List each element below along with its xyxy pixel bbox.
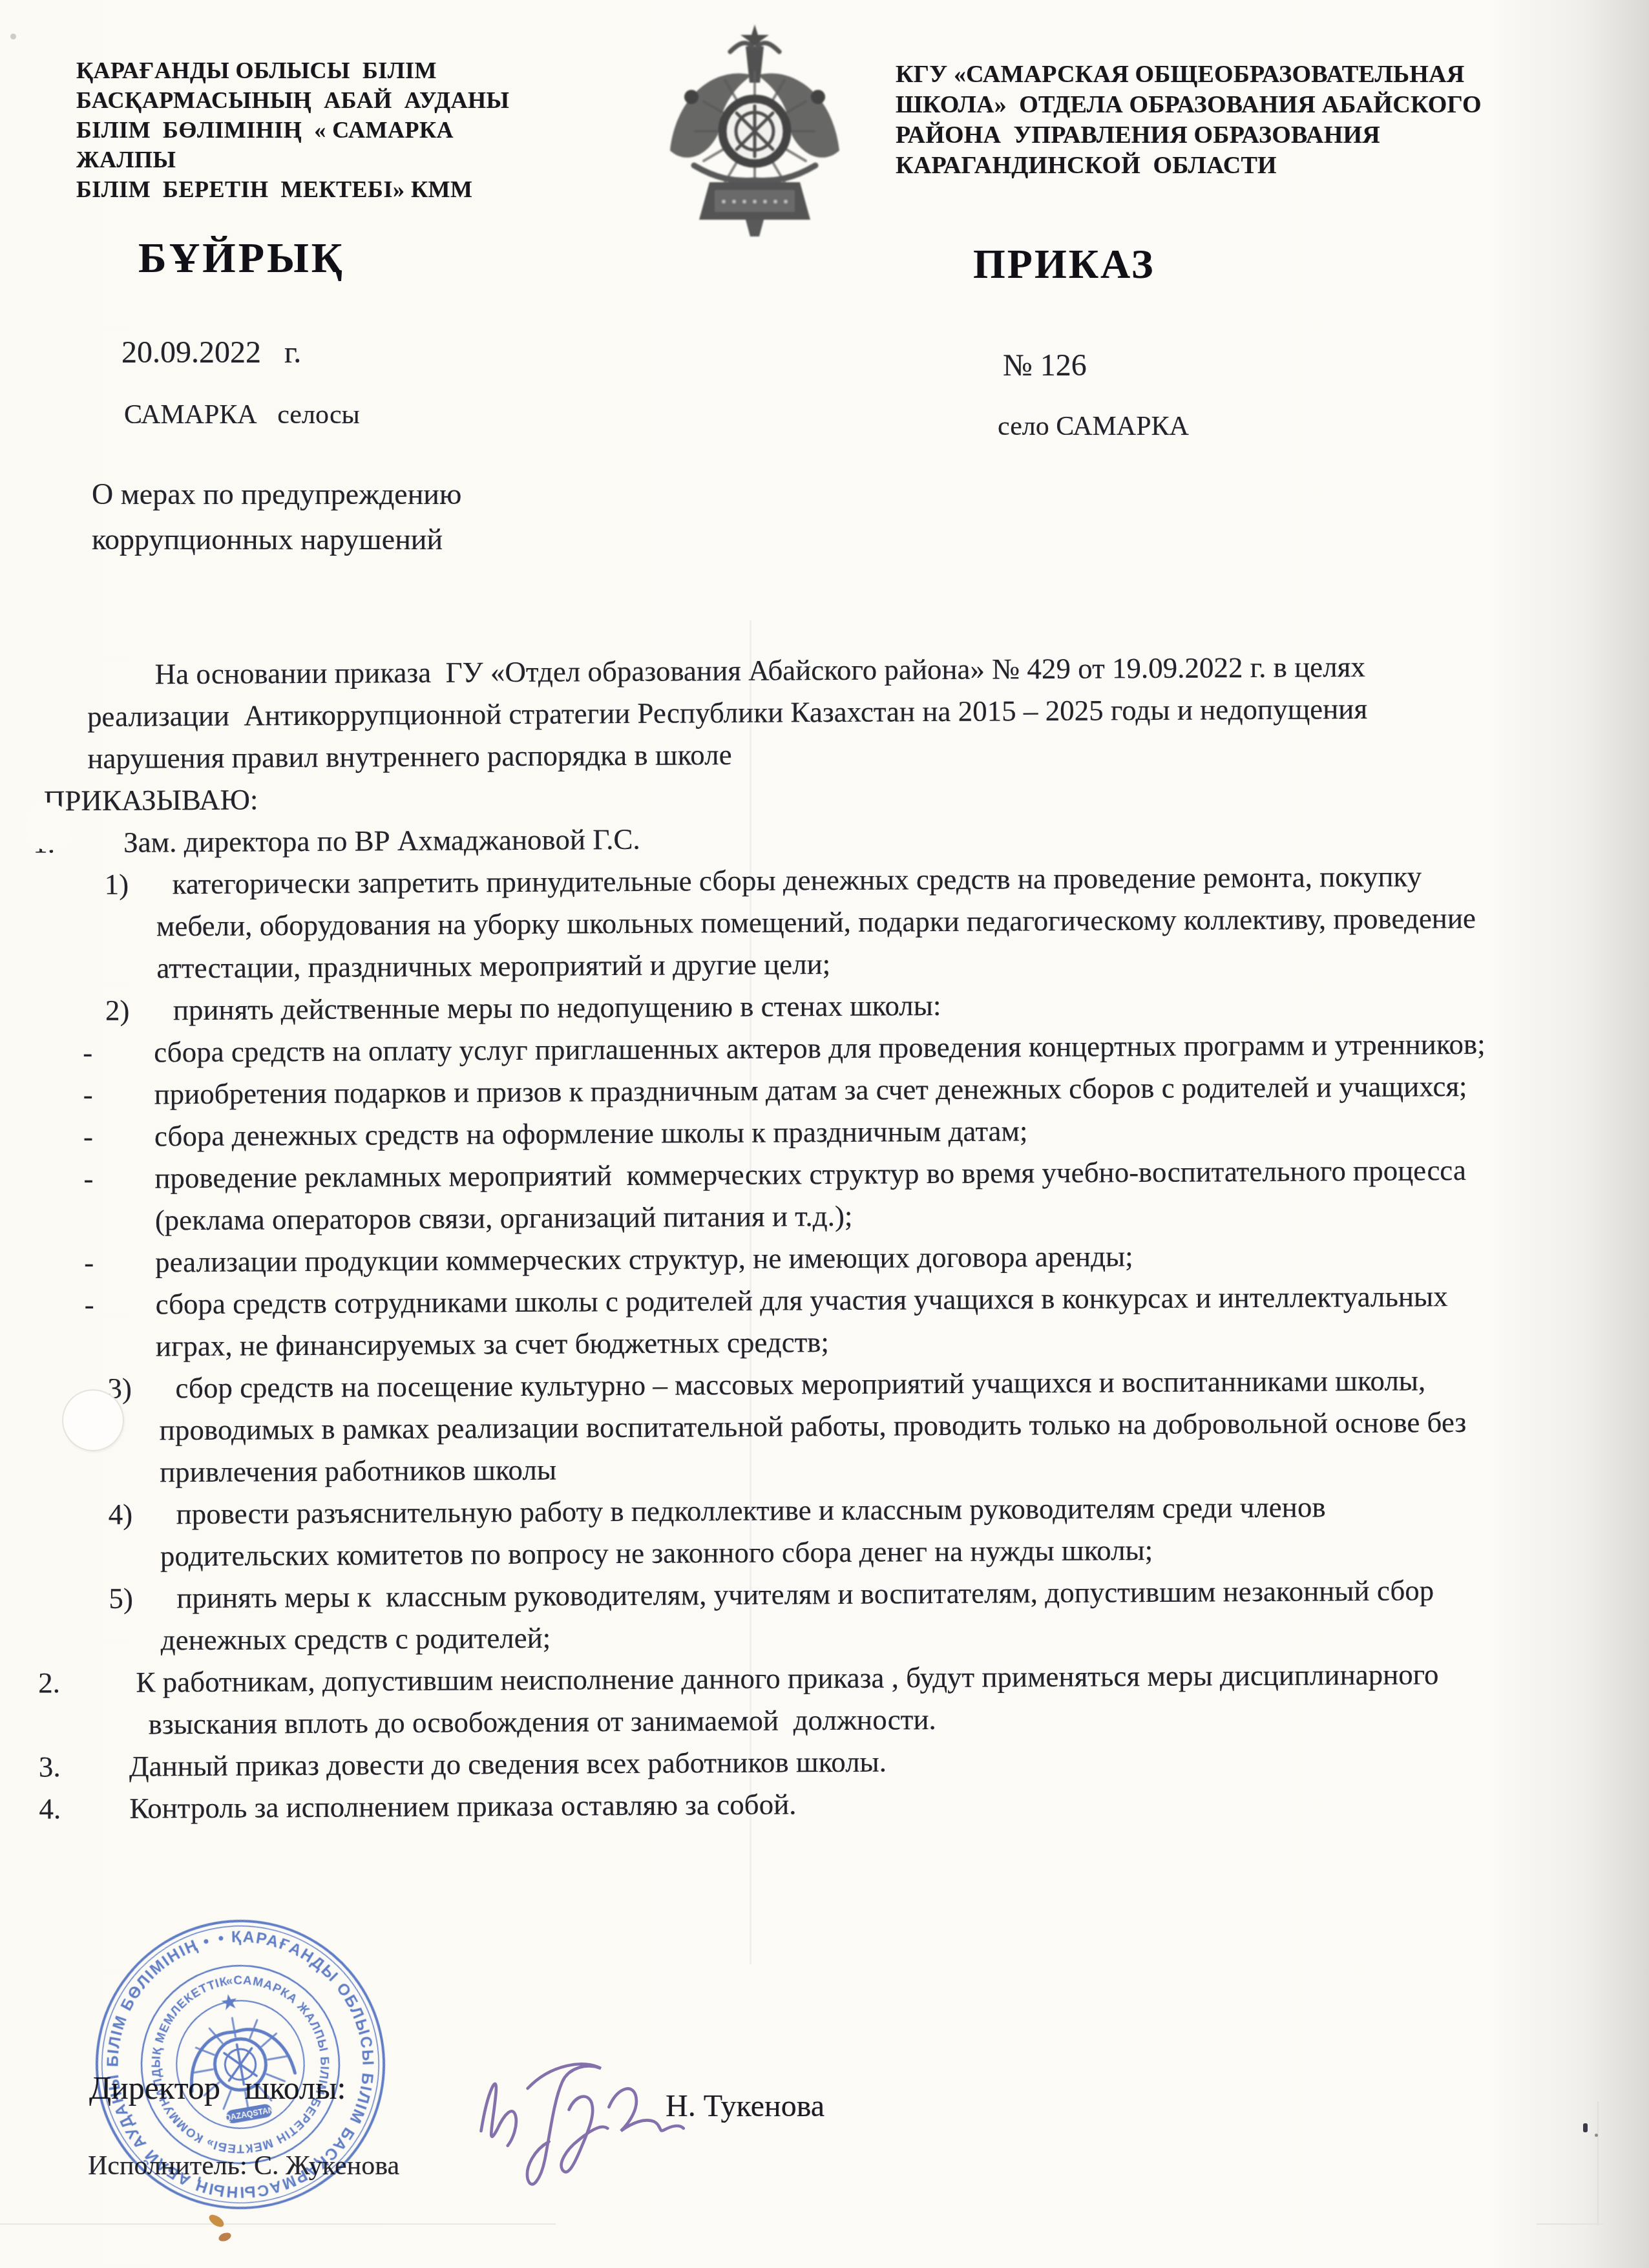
director-name: Н. Тукенова [666,2088,824,2124]
item-text: Зам. директора по ВР Ахмаджановой Г.С. [123,823,640,859]
order-item: -сбора средств сотрудниками школы с роди… [90,1276,1500,1368]
item-marker: 1. [88,822,123,864]
org-left-line: ҚАРАҒАНДЫ ОБЛЫСЫ БІЛІМ [76,56,541,85]
item-text: Контроль за исполнением приказа оставляю… [129,1788,796,1824]
org-right-line: РАЙОНА УПРАВЛЕНИЯ ОБРАЗОВАНИЯ [896,120,1497,151]
item-text: категорически запретить принудительные с… [156,860,1483,984]
item-text: сбора средств на оплату услуг приглашенн… [154,1028,1486,1069]
order-item: 5)принять меры к классным руководителям,… [92,1570,1502,1662]
item-text: принять меры к классным руководителям, у… [161,1574,1442,1656]
intro-paragraph: На основании приказа ГУ «Отдел образован… [87,646,1496,780]
org-right-line: КАРАГАНДИНСКОЙ ОБЛАСТИ [896,151,1497,181]
school-seal-stamp: • ҚАРАҒАНДЫ ОБЛЫСЫ БІЛІМ БАСҚАРМАСЫНЫҢ А… [70,1895,410,2234]
order-subject: О мерах по предупреждению коррупционных … [92,472,583,562]
title-kazakh: БҰЙРЫҚ [138,234,345,283]
order-item: 4.Контроль за исполнением приказа оставл… [94,1780,1502,1830]
item-marker: - [120,1283,155,1325]
kazakhstan-emblem-icon [654,18,856,244]
item-text: сбора средств сотрудниками школы с родит… [155,1280,1455,1362]
order-item: -проведение рекламных мероприятий коммер… [90,1150,1499,1242]
item-marker: 4. [94,1788,129,1830]
org-left-line: БІЛІМ БЕРЕТІН МЕКТЕБІ» КММ [76,174,541,204]
item-marker: - [119,1115,154,1157]
item-text: К работникам, допустившим неисполнение д… [129,1658,1446,1740]
order-item: 4)провести разъяснительную работу в педк… [92,1486,1501,1578]
paper-crease [750,620,751,1964]
item-marker: 5) [134,1577,176,1619]
order-body: На основании приказа ГУ «Отдел образован… [87,646,1502,1830]
order-item: 2. К работникам, допустившим неисполнени… [93,1654,1502,1746]
order-date: 20.09.2022 г. [121,335,301,370]
scanned-order-page: ҚАРАҒАНДЫ ОБЛЫСЫ БІЛІМ БАСҚАРМАСЫНЫҢ АБА… [0,0,1649,2268]
order-item: 3)сбор средств на посещение культурно – … [91,1360,1500,1494]
item-text: Данный приказ довести до сведения всех р… [129,1745,887,1782]
item-text: приобретения подарков и призов к праздни… [154,1070,1467,1110]
item-marker: 2. [93,1662,129,1704]
order-items: 1.Зам. директора по ВР Ахмаджановой Г.С.… [88,814,1502,1830]
item-marker: - [120,1241,155,1283]
item-text: сбор средств на посещение культурно – ма… [160,1364,1474,1488]
place-kazakh: САМАРКА селосы [124,399,360,430]
scan-white-blob [26,803,71,850]
org-left-line: БІЛІМ БӨЛІМІНІҢ « САМАРКА ЖАЛПЫ [76,115,541,174]
place-russian: село САМАРКА [998,411,1189,442]
item-text: сбора денежных средств на оформление шко… [154,1115,1028,1152]
director-signature [469,2030,689,2192]
item-text: реализации продукции коммерческих структ… [155,1240,1133,1278]
org-name-russian: КГУ «САМАРСКАЯ ОБЩЕОБРАЗОВАТЕЛЬНАЯ ШКОЛА… [896,59,1497,181]
item-text: принять действенные меры по недопущению … [173,989,941,1026]
item-marker: 1) [130,863,172,905]
org-left-line: БАСҚАРМАСЫНЫҢ АБАЙ АУДАНЫ [76,85,541,115]
punch-hole-mark [62,1389,124,1451]
scan-edge-line [1537,2223,1604,2225]
title-russian: ПРИКАЗ [973,240,1155,288]
scan-edge-line [1597,2101,1599,2225]
item-marker: 4) [134,1493,176,1535]
order-number: № 126 [1003,348,1087,383]
item-marker: - [118,1073,154,1115]
item-text: проведение рекламных мероприятий коммерч… [154,1154,1473,1236]
scan-edge-line [0,2223,556,2225]
item-text: провести разъяснительную работу в педкол… [160,1491,1333,1572]
item-marker: - [119,1157,154,1199]
ink-speck [10,34,16,39]
org-right-line: КГУ «САМАРСКАЯ ОБЩЕОБРАЗОВАТЕЛЬНАЯ [896,59,1497,90]
item-marker: 3) [133,1367,175,1409]
org-name-kazakh: ҚАРАҒАНДЫ ОБЛЫСЫ БІЛІМ БАСҚАРМАСЫНЫҢ АБА… [76,56,541,204]
org-right-line: ШКОЛА» ОТДЕЛА ОБРАЗОВАНИЯ АБАЙСКОГО [896,90,1497,120]
item-marker: - [118,1031,154,1073]
ink-speck [1595,2134,1598,2137]
item-marker: 3. [94,1746,129,1788]
stain-speck [218,2231,233,2243]
item-marker: 2) [131,989,173,1031]
order-item: 1)категорически запретить принудительные… [88,856,1497,990]
ink-speck [1583,2123,1588,2132]
